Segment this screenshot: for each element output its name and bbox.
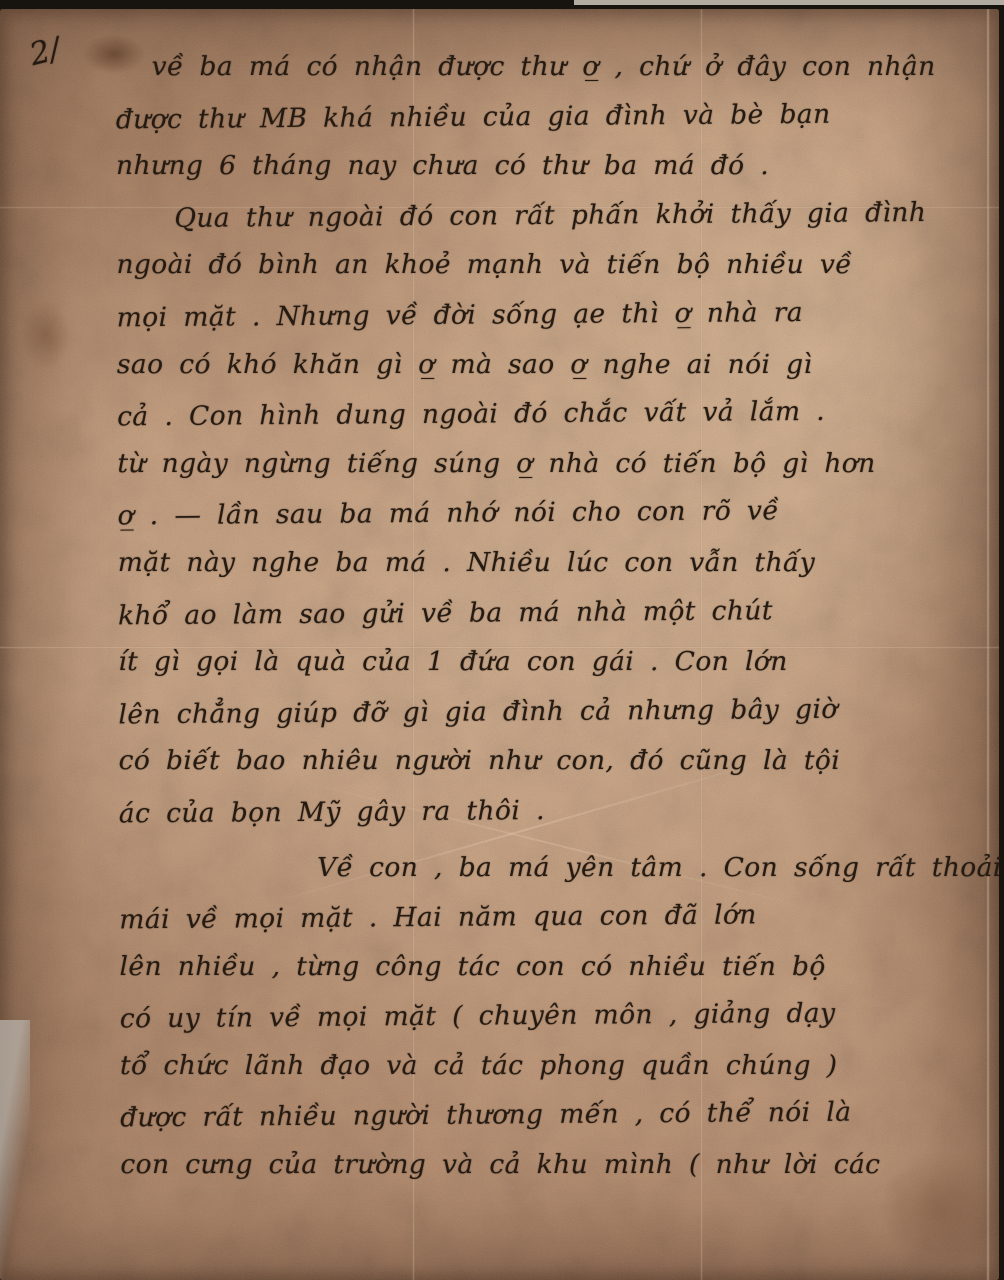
- handwritten-line: từ ngày ngừng tiếng súng ơ̲ nhà có tiến …: [117, 439, 979, 489]
- letter-photo: 2/ về ba má có nhận được thư ơ̲ , chứ ở …: [0, 0, 1004, 1280]
- handwritten-line: được thư MB khá nhiều của gia đình và bè…: [116, 88, 978, 144]
- handwritten-line: con cưng của trường và cả khu mình ( như…: [120, 1140, 982, 1190]
- handwritten-line: mọi mặt . Nhưng về đời sống ạe thì ơ̲ nh…: [117, 287, 979, 343]
- handwritten-line: được rất nhiều người thương mến , có thể…: [120, 1087, 982, 1143]
- handwritten-line: lên chẳng giúp đỡ gì gia đình cả nhưng b…: [118, 683, 980, 739]
- handwritten-line: nhưng 6 tháng nay chưa có thư ba má đó .: [116, 141, 978, 191]
- handwritten-line: tổ chức lãnh đạo và cả tác phong quần ch…: [120, 1041, 982, 1091]
- handwritten-line: sao có khó khăn gì ơ̲ mà sao ơ̲ nghe ai …: [117, 340, 979, 390]
- handwritten-line: có biết bao nhiêu người như con, đó cũng…: [119, 736, 981, 786]
- letter-body: về ba má có nhận được thư ơ̲ , chứ ở đây…: [116, 40, 983, 1191]
- handwritten-line: ơ̲ . — lần sau ba má nhớ nói cho con rõ …: [117, 485, 979, 541]
- handwritten-line: ít gì gọi là quà của 1 đứa con gái . Con…: [118, 637, 980, 687]
- handwritten-line: ngoài đó bình an khoẻ mạnh và tiến bộ nh…: [116, 240, 978, 290]
- handwritten-line: Qua thư ngoài đó con rất phấn khởi thấy …: [116, 187, 978, 243]
- handwritten-line: khổ ao làm sao gửi về ba má nhà một chút: [118, 584, 980, 640]
- photo-top-edge: [574, 0, 1004, 5]
- handwritten-line: về ba má có nhận được thư ơ̲ , chứ ở đây…: [116, 42, 978, 92]
- handwritten-line: mái về mọi mặt . Hai năm qua con đã lớn: [119, 889, 981, 945]
- handwritten-line: có uy tín về mọi mặt ( chuyên môn , giản…: [120, 988, 982, 1044]
- handwritten-line: ác của bọn Mỹ gây ra thôi .: [119, 783, 981, 839]
- handwritten-line: lên nhiều , từng công tác con có nhiều t…: [120, 942, 982, 992]
- handwritten-line: mặt này nghe ba má . Nhiều lúc con vẫn t…: [118, 538, 980, 588]
- handwritten-line: Về con , ba má yên tâm . Con sống rất th…: [119, 842, 981, 892]
- handwritten-line: cả . Con hình dung ngoài đó chắc vất vả …: [117, 386, 979, 442]
